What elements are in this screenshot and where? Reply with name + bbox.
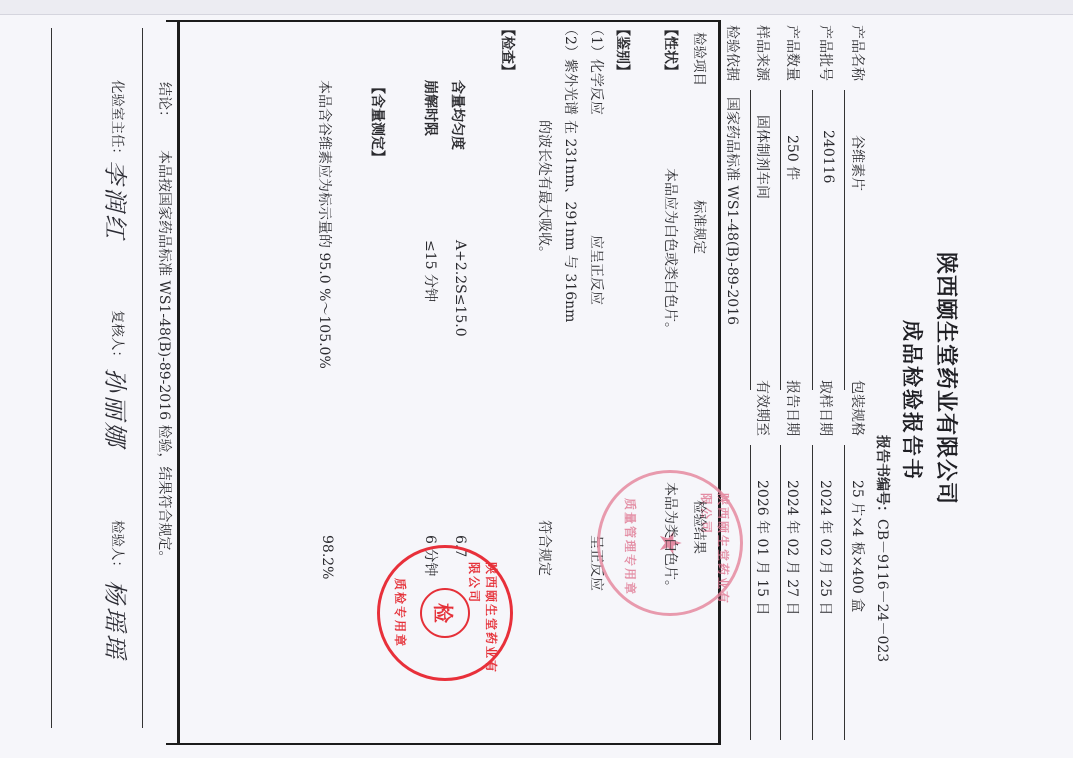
report-number-label: 报告书编号： xyxy=(874,435,890,519)
product-name-label: 产品名称 xyxy=(848,25,868,81)
underline xyxy=(844,445,845,740)
report-page: 陕西颐生堂药业有限公司 成品检验报告书 报告书编号：CB－9116－24－023… xyxy=(0,0,1073,758)
column-header-standard: 标准规定 xyxy=(691,200,711,254)
underline xyxy=(844,90,845,390)
conclusion-text: 本品按国家药品标准 WS1-48(B)-89-2016 检验，结果符合规定。 xyxy=(155,150,175,564)
expiry-label: 有效期至 xyxy=(753,380,773,436)
product-name-value: 谷维素片 xyxy=(848,135,868,191)
uv-spectrum-item: （2）紫外光谱 xyxy=(561,22,581,115)
sampling-date-label: 取样日期 xyxy=(816,380,836,436)
underline xyxy=(750,90,751,390)
report-number-value: CB－9116－24－023 xyxy=(874,519,890,662)
content-uniformity-item: 含量均匀度 xyxy=(448,80,468,150)
content-uniformity-standard: A+2.2S≤15.0 xyxy=(452,240,468,337)
conclusion-label: 结论： xyxy=(155,82,175,124)
sampling-date-value: 2024 年 02 月 25 日 xyxy=(816,480,836,616)
report-number: 报告书编号：CB－9116－24－023 xyxy=(873,435,893,662)
basis-label: 检验依据 xyxy=(723,25,743,81)
chem-reaction-item: （1）化学反应 xyxy=(587,22,607,115)
reviewer-label: 复核人： xyxy=(109,310,129,364)
underline xyxy=(812,445,813,740)
inspector-signature: 杨瑶瑶 xyxy=(100,580,135,661)
expiry-value: 2026 年 01 月 15 日 xyxy=(753,480,773,616)
section-appearance: 【性状】 xyxy=(661,22,681,78)
underline xyxy=(780,445,781,740)
source-value: 固体制剂车间 xyxy=(753,115,773,199)
table-left-border xyxy=(166,20,721,22)
table-right-border xyxy=(166,743,721,745)
report-date-value: 2024 年 02 月 27 日 xyxy=(783,480,803,616)
director-label: 化验室主任： xyxy=(109,80,129,161)
conclusion-bottom-border xyxy=(142,28,143,728)
underline xyxy=(812,90,813,390)
director-signature: 李润红 xyxy=(100,160,135,241)
assay-result: 98.2% xyxy=(319,535,335,579)
inspector-label: 检验人： xyxy=(109,520,129,574)
company-name: 陕西颐生堂药业有限公司 xyxy=(932,252,963,505)
table-top-border xyxy=(718,20,721,745)
stamp-ring-text: 陕西颐生堂药业有限公司 xyxy=(466,562,500,678)
underline xyxy=(750,445,751,740)
quantity-label: 产品数量 xyxy=(783,25,803,81)
report-date-label: 报告日期 xyxy=(783,380,803,436)
section-check: 【检查】 xyxy=(498,22,518,78)
source-label: 样品来源 xyxy=(753,25,773,81)
underline xyxy=(780,90,781,390)
batch-label: 产品批号 xyxy=(816,25,836,81)
section-identification: 【鉴别】 xyxy=(613,22,633,78)
chem-reaction-standard: 应呈正反应 xyxy=(587,235,607,305)
batch-value: 240116 xyxy=(820,130,836,183)
package-value: 25 片×4 板×400 盒 xyxy=(848,480,868,612)
package-label: 包装规格 xyxy=(848,380,868,436)
reviewer-signature: 孙丽娜 xyxy=(100,368,135,449)
column-header-result: 检验结果 xyxy=(691,500,711,554)
stamp-bottom-text: 质检专用章 xyxy=(392,578,409,648)
report-title: 成品检验报告书 xyxy=(898,320,928,481)
uv-spectrum-standard-line1: 在 231nm、291nm 与 316nm xyxy=(561,120,581,322)
stamp-bottom-text: 质量管理专用章 xyxy=(622,498,639,596)
uv-spectrum-standard-line2: 的波长处有最大吸收。 xyxy=(535,120,555,260)
column-header-item: 检验项目 xyxy=(691,32,711,86)
stamp-inner-circle xyxy=(420,588,470,638)
uv-spectrum-result: 符合规定 xyxy=(535,520,555,576)
section-assay: 【含量测定】 xyxy=(368,80,388,164)
basis-value: 国家药品标准 WS1-48(B)-89-2016 xyxy=(723,97,743,325)
signature-bottom-border xyxy=(51,28,52,728)
appearance-result: 本品为类白色片。 xyxy=(661,482,681,594)
appearance-standard: 本品应为白色或类白色片。 xyxy=(661,168,681,336)
disintegration-item: 崩解时限 xyxy=(421,80,441,136)
quality-inspection-stamp: 检 陕西颐生堂药业有限公司 质检专用章 xyxy=(377,545,513,681)
conclusion-top-border xyxy=(177,20,180,745)
quantity-value: 250 件 xyxy=(783,135,803,180)
assay-standard: 本品含谷维素应为标示量的 95.0 %～105.0% xyxy=(315,80,335,369)
disintegration-standard: ≤15 分钟 xyxy=(421,240,441,302)
